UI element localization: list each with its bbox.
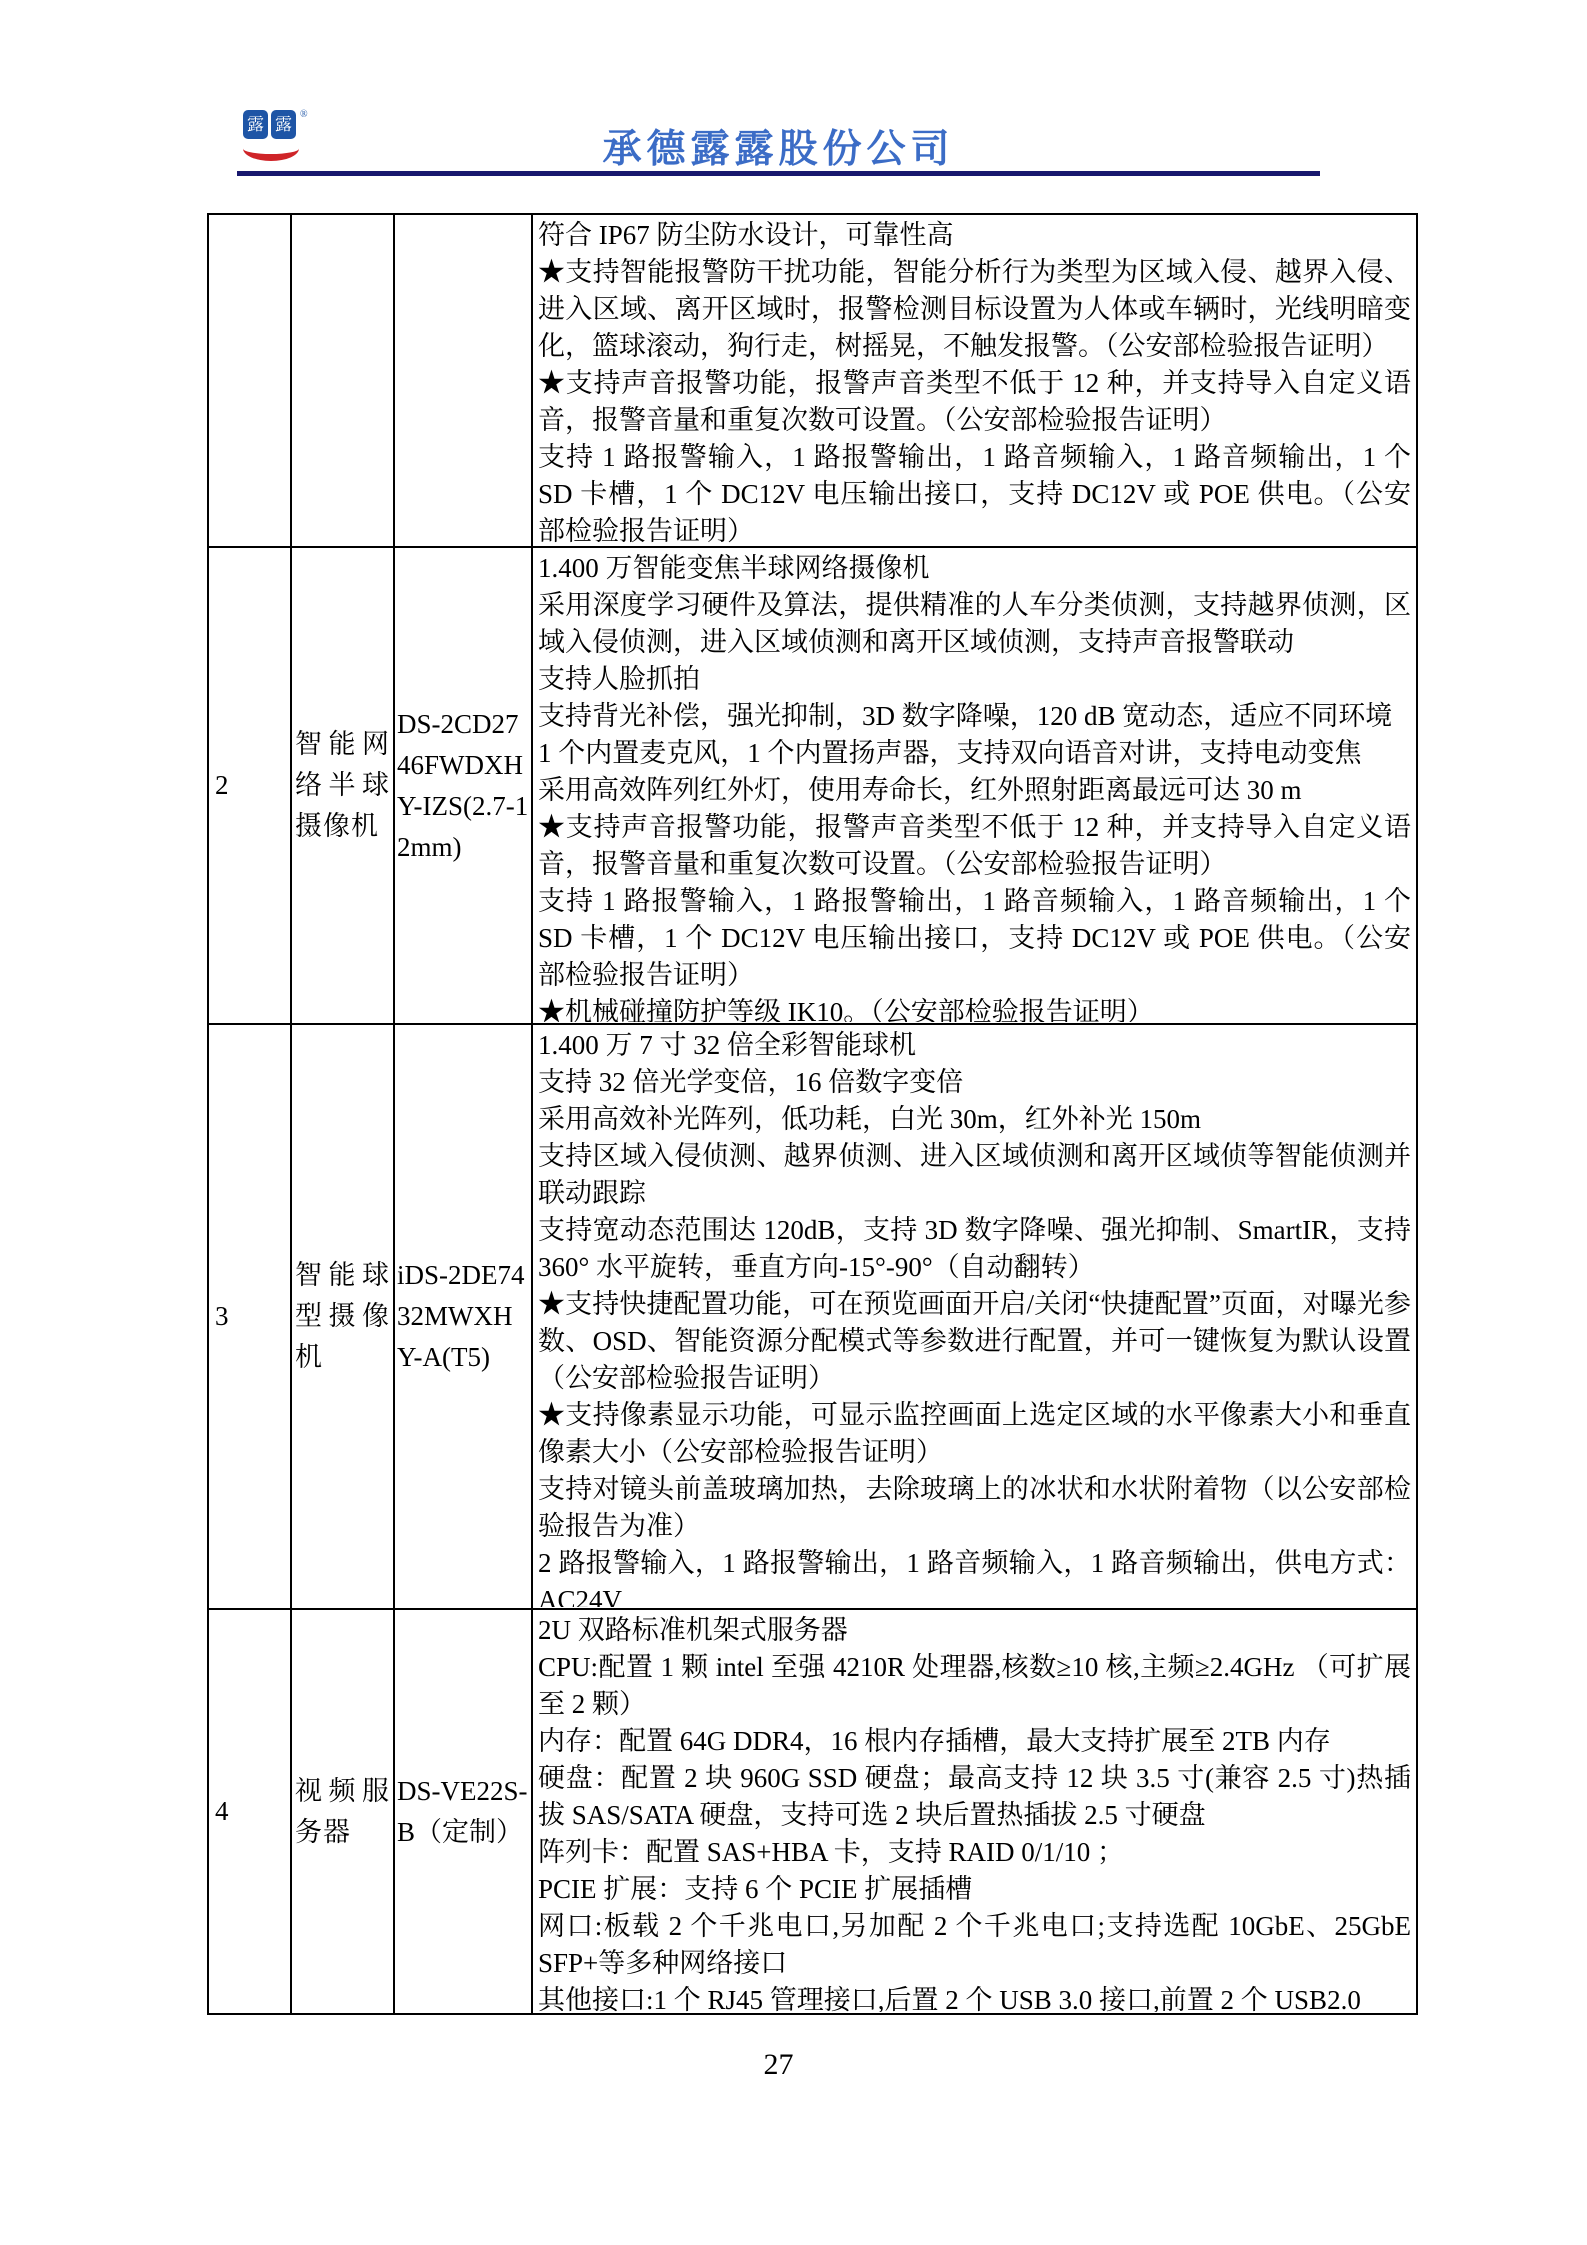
spec-item: 采用深度学习硬件及算法，提供精准的人车分类侦测，支持越界侦测，区域入侵侦测，进入… (538, 587, 1411, 661)
spec-item: 支持 1 路报警输入，1 路报警输出，1 路音频输入，1 路音频输出，1 个 S… (538, 883, 1411, 994)
page-title: 承德露露股份公司 (237, 118, 1320, 174)
cell-specs: 符合 IP67 防尘防水设计，可靠性高 ★支持智能报警防干扰功能，智能分析行为类… (532, 214, 1417, 547)
cell-model: DS-VE22S-B（定制） (394, 1609, 532, 2014)
spec-item: ★支持声音报警功能，报警声音类型不低于 12 种，并支持导入自定义语音，报警音量… (538, 809, 1411, 883)
spec-item: PCIE 扩展：支持 6 个 PCIE 扩展插槽 (538, 1871, 1411, 1908)
table-row: 3 智能球型摄像机 iDS-2DE7432MWXHY-A(T5) 1.400 万… (208, 1024, 1417, 1609)
cell-serial: 4 (208, 1609, 291, 2014)
cell-model: DS-2CD2746FWDXHY-IZS(2.7-12mm) (394, 547, 532, 1024)
cell-device-name: 视频服务器 (291, 1609, 394, 2014)
spec-item: ★支持声音报警功能，报警声音类型不低于 12 种，并支持导入自定义语音，报警音量… (538, 365, 1411, 439)
spec-item: 1.400 万智能变焦半球网络摄像机 (538, 550, 1411, 587)
spec-table: 符合 IP67 防尘防水设计，可靠性高 ★支持智能报警防干扰功能，智能分析行为类… (207, 213, 1418, 2015)
table-row: 2 智能网络半球摄像机 DS-2CD2746FWDXHY-IZS(2.7-12m… (208, 547, 1417, 1024)
spec-list: 2U 双路标准机架式服务器 CPU:配置 1 颗 intel 至强 4210R … (538, 1612, 1411, 2012)
spec-item: 支持对镜头前盖玻璃加热，去除玻璃上的冰状和水状附着物（以公安部检验报告为准） (538, 1471, 1411, 1545)
spec-item: CPU:配置 1 颗 intel 至强 4210R 处理器,核数≥10 核,主频… (538, 1649, 1411, 1723)
table-row: 4 视频服务器 DS-VE22S-B（定制） 2U 双路标准机架式服务器 CPU… (208, 1609, 1417, 2014)
spec-item: 支持背光补偿，强光抑制，3D 数字降噪，120 dB 宽动态，适应不同环境 (538, 698, 1411, 735)
cell-specs: 1.400 万 7 寸 32 倍全彩智能球机 支持 32 倍光学变倍，16 倍数… (532, 1024, 1417, 1609)
spec-item: 1 个内置麦克风，1 个内置扬声器，支持双向语音对讲，支持电动变焦 (538, 735, 1411, 772)
spec-list: 1.400 万智能变焦半球网络摄像机 采用深度学习硬件及算法，提供精准的人车分类… (538, 550, 1411, 1022)
spec-list: 1.400 万 7 寸 32 倍全彩智能球机 支持 32 倍光学变倍，16 倍数… (538, 1027, 1411, 1607)
spec-item: 网口:板载 2 个千兆电口,另加配 2 个千兆电口;支持选配 10GbE、25G… (538, 1908, 1411, 1982)
spec-item: 2U 双路标准机架式服务器 (538, 1612, 1411, 1649)
spec-item: 内存：配置 64G DDR4，16 根内存插槽，最大支持扩展至 2TB 内存 (538, 1723, 1411, 1760)
cell-specs: 1.400 万智能变焦半球网络摄像机 采用深度学习硬件及算法，提供精准的人车分类… (532, 547, 1417, 1024)
spec-item: ★机械碰撞防护等级 IK10。（公安部检验报告证明） (538, 994, 1411, 1022)
cell-serial: 3 (208, 1024, 291, 1609)
cell-device-name: 智能球型摄像机 (291, 1024, 394, 1609)
spec-item: 支持 32 倍光学变倍，16 倍数字变倍 (538, 1064, 1411, 1101)
spec-item: 2 路报警输入，1 路报警输出，1 路音频输入，1 路音频输出，供电方式：AC2… (538, 1545, 1411, 1607)
spec-item: 阵列卡：配置 SAS+HBA 卡，支持 RAID 0/1/10 ； (538, 1834, 1411, 1871)
table-row: 符合 IP67 防尘防水设计，可靠性高 ★支持智能报警防干扰功能，智能分析行为类… (208, 214, 1417, 547)
spec-item: 支持 1 路报警输入，1 路报警输出，1 路音频输入，1 路音频输出，1 个 S… (538, 439, 1411, 545)
spec-item: 符合 IP67 防尘防水设计，可靠性高 (538, 217, 1411, 254)
spec-item: 1.400 万 7 寸 32 倍全彩智能球机 (538, 1027, 1411, 1064)
spec-item: 支持区域入侵侦测、越界侦测、进入区域侦测和离开区域侦等智能侦测并联动跟踪 (538, 1138, 1411, 1212)
spec-item: 采用高效阵列红外灯，使用寿命长，红外照射距离最远可达 30 m (538, 772, 1411, 809)
header-rule (237, 171, 1320, 176)
document-page: 露 露 ® 承德露露股份公司 符合 IP67 防尘防水设计，可靠性高 ★支持智能… (0, 0, 1587, 2245)
cell-device-name (291, 214, 394, 547)
page-number: 27 (237, 2048, 1320, 2082)
spec-list: 符合 IP67 防尘防水设计，可靠性高 ★支持智能报警防干扰功能，智能分析行为类… (538, 217, 1411, 545)
spec-item: 支持人脸抓拍 (538, 661, 1411, 698)
cell-model: iDS-2DE7432MWXHY-A(T5) (394, 1024, 532, 1609)
spec-item: 硬盘：配置 2 块 960G SSD 硬盘；最高支持 12 块 3.5 寸(兼容… (538, 1760, 1411, 1834)
spec-item: ★支持像素显示功能，可显示监控画面上选定区域的水平像素大小和垂直像素大小（公安部… (538, 1397, 1411, 1471)
spec-item: 采用高效补光阵列，低功耗，白光 30m，红外补光 150m (538, 1101, 1411, 1138)
spec-item: 支持宽动态范围达 120dB，支持 3D 数字降噪、强光抑制、SmartIR，支… (538, 1212, 1411, 1286)
cell-serial: 2 (208, 547, 291, 1024)
spec-item: ★支持智能报警防干扰功能，智能分析行为类型为区域入侵、越界入侵、进入区域、离开区… (538, 254, 1411, 365)
cell-specs: 2U 双路标准机架式服务器 CPU:配置 1 颗 intel 至强 4210R … (532, 1609, 1417, 2014)
spec-item: 其他接口:1 个 RJ45 管理接口,后置 2 个 USB 3.0 接口,前置 … (538, 1982, 1411, 2012)
cell-model (394, 214, 532, 547)
spec-item: ★支持快捷配置功能，可在预览画面开启/关闭“快捷配置”页面，对曝光参数、OSD、… (538, 1286, 1411, 1397)
cell-serial (208, 214, 291, 547)
cell-device-name: 智能网络半球摄像机 (291, 547, 394, 1024)
